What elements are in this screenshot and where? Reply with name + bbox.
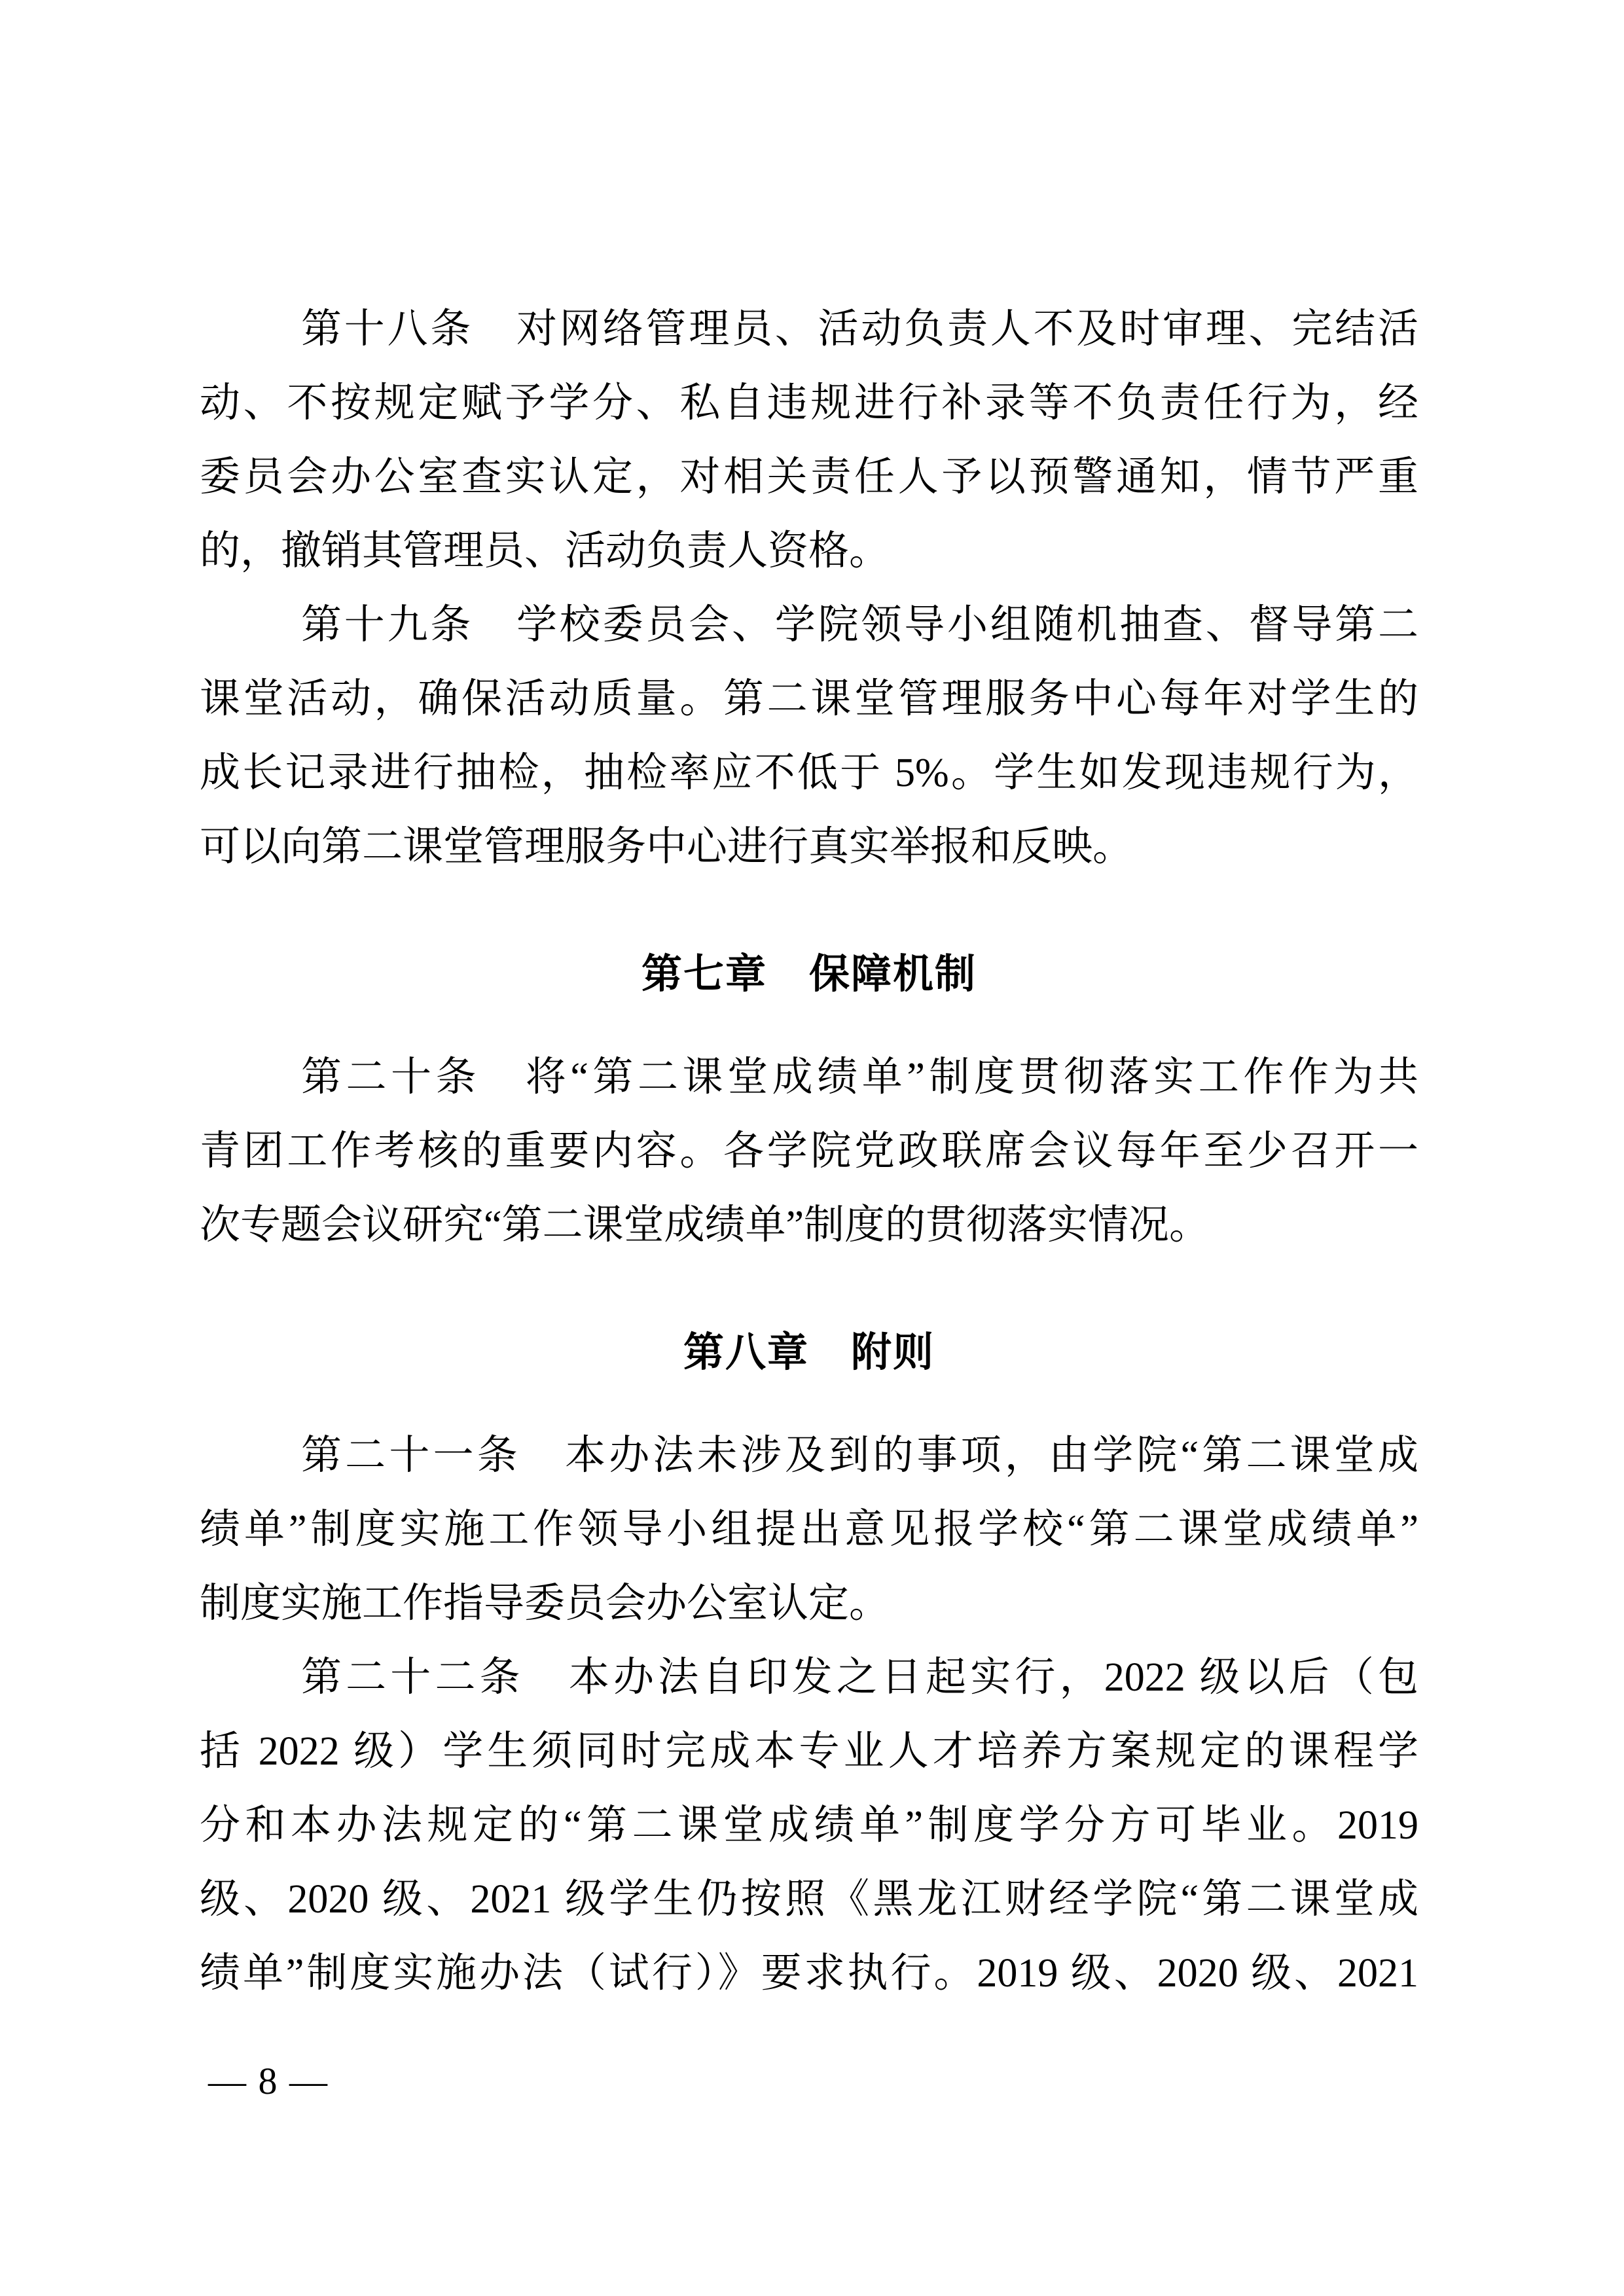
chapter-7-heading: 第七章 保障机制 [200,937,1418,1011]
paragraph-line: 第二十一条 本办法未涉及到的事项，由学院“第二课堂成 [200,1419,1418,1493]
paragraph-line: 成长记录进行抽检，抽检率应不低于 5%。学生如发现违规行为， [200,736,1418,810]
paragraph-line: 分和本办法规定的“第二课堂成绩单”制度学分方可毕业。2019 [200,1789,1418,1863]
paragraph-line: 第十九条 学校委员会、学院领导小组随机抽查、督导第二 [200,588,1418,662]
document-body: 第十八条 对网络管理员、活动负责人不及时审理、完结活 动、不按规定赋予学分、私自… [200,293,1418,2011]
paragraph-line: 委员会办公室查实认定，对相关责任人予以预警通知，情节严重 [200,440,1418,514]
chapter-8-heading: 第八章 附则 [200,1315,1418,1389]
paragraph-line: 第十八条 对网络管理员、活动负责人不及时审理、完结活 [200,293,1418,367]
paragraph-line: 次专题会议研究“第二课堂成绩单”制度的贯彻落实情况。 [200,1189,1418,1263]
document-page: 第十八条 对网络管理员、活动负责人不及时审理、完结活 动、不按规定赋予学分、私自… [0,0,1624,2296]
paragraph-line: 括 2022 级）学生须同时完成本专业人才培养方案规定的课程学 [200,1715,1418,1789]
paragraph-line: 第二十条 将“第二课堂成绩单”制度贯彻落实工作作为共 [200,1041,1418,1115]
page-number: — 8 — [208,2058,329,2104]
paragraph-line: 制度实施工作指导委员会办公室认定。 [200,1567,1418,1641]
article-20-paragraph: 第二十条 将“第二课堂成绩单”制度贯彻落实工作作为共 青团工作考核的重要内容。各… [200,1041,1418,1263]
paragraph-line: 绩单”制度实施办法（试行）》要求执行。2019 级、2020 级、2021 [200,1937,1418,2011]
paragraph-line: 的，撤销其管理员、活动负责人资格。 [200,514,1418,588]
paragraph-line: 级、2020 级、2021 级学生仍按照《黑龙江财经学院“第二课堂成 [200,1863,1418,1937]
paragraph-line: 青团工作考核的重要内容。各学院党政联席会议每年至少召开一 [200,1115,1418,1189]
paragraph-line: 第二十二条 本办法自印发之日起实行，2022 级以后（包 [200,1641,1418,1715]
article-21-paragraph: 第二十一条 本办法未涉及到的事项，由学院“第二课堂成 绩单”制度实施工作领导小组… [200,1419,1418,1641]
paragraph-line: 绩单”制度实施工作领导小组提出意见报学校“第二课堂成绩单” [200,1493,1418,1567]
paragraph-line: 动、不按规定赋予学分、私自违规进行补录等不负责任行为，经 [200,367,1418,440]
article-22-paragraph: 第二十二条 本办法自印发之日起实行，2022 级以后（包 括 2022 级）学生… [200,1641,1418,2011]
article-19-paragraph: 第十九条 学校委员会、学院领导小组随机抽查、督导第二 课堂活动，确保活动质量。第… [200,588,1418,884]
article-18-paragraph: 第十八条 对网络管理员、活动负责人不及时审理、完结活 动、不按规定赋予学分、私自… [200,293,1418,588]
paragraph-line: 课堂活动，确保活动质量。第二课堂管理服务中心每年对学生的 [200,662,1418,736]
paragraph-line: 可以向第二课堂管理服务中心进行真实举报和反映。 [200,810,1418,884]
